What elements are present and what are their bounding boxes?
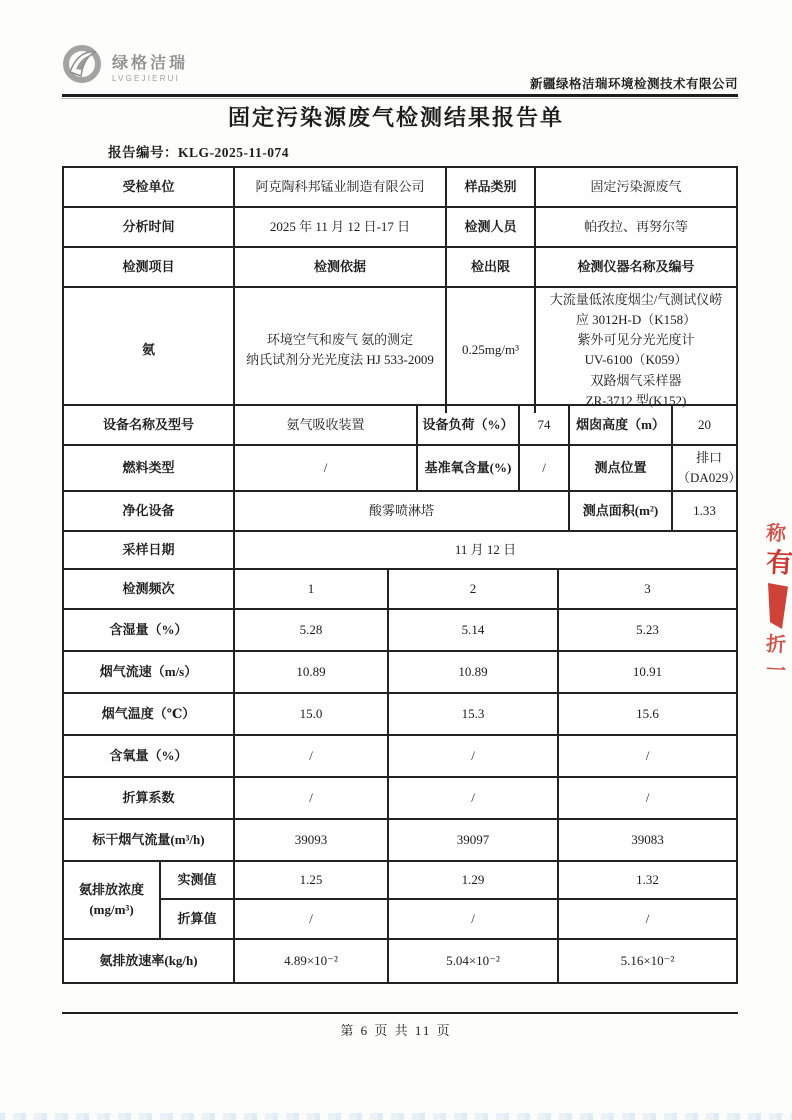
converted-value-label: 折算值 (161, 900, 235, 938)
measured-value-1: 1.25 (235, 862, 389, 900)
measured-value-3: 1.32 (559, 862, 736, 900)
footer-divider (62, 1012, 738, 1014)
equipment-name-value: 氨气吸收装置 (235, 406, 418, 444)
report-number-label: 报告编号： (108, 145, 178, 160)
table-row-emission-concentration: 氨排放浓度 (mg/m³) 实测值 1.25 1.29 1.32 折算值 / /… (64, 862, 736, 940)
company-logo: 绿格洁瑞 LVGEJIERUI (60, 42, 188, 91)
table-row-dry-gas-flow: 标干烟气流量(m³/h) 39093 39097 39083 (64, 820, 736, 862)
reference-oxygen-value: / (520, 446, 570, 490)
table-row-sampling-date: 采样日期 11 月 12 日 (64, 532, 736, 570)
table-row-frequency: 检测频次 1 2 3 (64, 570, 736, 610)
inspectors-value: 帕孜拉、再努尔等 (536, 208, 736, 246)
emission-rate-2: 5.04×10⁻² (389, 940, 559, 982)
seal-character: 一 (765, 660, 786, 681)
method-cell: 环境空气和废气 氨的测定 纳氏试剂分光光度法 HJ 533-2009 (235, 288, 447, 413)
sampling-date-label: 采样日期 (64, 532, 235, 568)
instrument-line-3: 紫外可见分光光度计 (577, 330, 694, 350)
instrument-line-4: UV-6100（K059） (585, 350, 688, 370)
report-title: 固定污染源废气检测结果报告单 (0, 101, 792, 132)
emission-concentration-label-line-2: (mg/m³) (89, 900, 133, 920)
emission-concentration-label-line-1: 氨排放浓度 (79, 880, 144, 900)
table-row-temperature: 烟气温度（℃） 15.0 15.3 15.6 (64, 694, 736, 736)
method-line-1: 环境空气和废气 氨的测定 (267, 330, 413, 350)
row-value: 10.89 (235, 652, 389, 692)
converted-value-3: / (559, 900, 736, 938)
equipment-load-value: 74 (520, 406, 570, 444)
row-label: 标干烟气流量(m³/h) (64, 820, 235, 860)
instrument-line-2: 应 3012H-D（K158） (576, 310, 696, 330)
reference-oxygen-label: 基准氧含量(%) (418, 446, 520, 490)
table-row-ammonia-item: 氨 环境空气和废气 氨的测定 纳氏试剂分光光度法 HJ 533-2009 0.2… (64, 288, 736, 406)
seal-character: 折 (765, 634, 786, 655)
row-value: 15.0 (235, 694, 389, 734)
row-value: 39083 (559, 820, 736, 860)
inspectors-label: 检测人员 (447, 208, 536, 246)
fuel-type-value: / (235, 446, 418, 490)
table-row-analysis-time: 分析时间 2025 年 11 月 12 日-17 日 检测人员 帕孜拉、再努尔等 (64, 208, 736, 248)
fuel-type-label: 燃料类型 (64, 446, 235, 490)
scan-noise-strip (0, 1113, 792, 1120)
detection-limit-value: 0.25mg/m³ (447, 288, 536, 413)
row-value: 5.14 (389, 610, 559, 650)
stack-height-value: 20 (673, 406, 736, 444)
item-name: 氨 (64, 288, 235, 413)
row-value: / (389, 778, 559, 818)
analysis-time-value: 2025 年 11 月 12 日-17 日 (235, 208, 447, 246)
method-line-2: 纳氏试剂分光光度法 HJ 533-2009 (246, 350, 434, 370)
emission-rate-1: 4.89×10⁻² (235, 940, 389, 982)
logo-text: 绿格洁瑞 LVGEJIERUI (112, 50, 188, 83)
emission-concentration-label: 氨排放浓度 (mg/m³) (64, 862, 161, 938)
report-number: 报告编号：KLG-2025-11-074 (108, 141, 289, 161)
table-row-fuel: 燃料类型 / 基准氧含量(%) / 测点位置 排口 （DA029） (64, 446, 736, 492)
measured-value-2: 1.29 (389, 862, 559, 900)
table-row-inspected-unit: 受检单位 阿克陶科邦锰业制造有限公司 样品类别 固定污染源废气 (64, 168, 736, 208)
row-label: 含湿量（%） (64, 610, 235, 650)
inspected-unit-label: 受检单位 (64, 168, 235, 206)
row-label: 烟气温度（℃） (64, 694, 235, 734)
purification-equipment-label: 净化设备 (64, 492, 235, 530)
row-label: 含氧量（%） (64, 736, 235, 776)
table-row-velocity: 烟气流速（m/s） 10.89 10.89 10.91 (64, 652, 736, 694)
sample-type-label: 样品类别 (447, 168, 536, 206)
measuring-point-line-1: 排口 (696, 448, 722, 468)
page-number: 第 6 页 共 11 页 (0, 1020, 792, 1039)
emission-rate-label: 氨排放速率(kg/h) (64, 940, 235, 982)
logo-text-cn: 绿格洁瑞 (112, 50, 188, 73)
measuring-point-line-2: （DA029） (677, 468, 741, 488)
frequency-3: 3 (559, 570, 736, 608)
equipment-load-label: 设备负荷（%） (418, 406, 520, 444)
row-value: 5.28 (235, 610, 389, 650)
row-label: 折算系数 (64, 778, 235, 818)
row-value: 39097 (389, 820, 559, 860)
frequency-2: 2 (389, 570, 559, 608)
analysis-time-label: 分析时间 (64, 208, 235, 246)
purification-equipment-value: 酸雾喷淋塔 (235, 492, 570, 530)
row-value: / (235, 778, 389, 818)
table-row-moisture: 含湿量（%） 5.28 5.14 5.23 (64, 610, 736, 652)
seal-character: 有 (765, 549, 792, 577)
instrument-line-1: 大流量低浓度烟尘/气测试仪崂 (550, 290, 723, 310)
report-number-value: KLG-2025-11-074 (178, 145, 289, 160)
column-header-method: 检测依据 (235, 248, 447, 286)
row-label: 烟气流速（m/s） (64, 652, 235, 692)
row-value: 15.3 (389, 694, 559, 734)
table-row-equipment: 设备名称及型号 氨气吸收装置 设备负荷（%） 74 烟囱高度（m） 20 (64, 406, 736, 446)
logo-text-en: LVGEJIERUI (112, 74, 188, 83)
row-value: / (235, 736, 389, 776)
instrument-line-5: 双路烟气采样器 (590, 371, 681, 391)
logo-swirl-icon (60, 42, 104, 91)
row-value: 10.89 (389, 652, 559, 692)
results-table: 受检单位 阿克陶科邦锰业制造有限公司 样品类别 固定污染源废气 分析时间 202… (62, 166, 738, 984)
company-name: 新疆绿格洁瑞环境检测技术有限公司 (530, 74, 738, 92)
emission-rate-3: 5.16×10⁻² (559, 940, 736, 982)
table-row-oxygen: 含氧量（%） / / / (64, 736, 736, 778)
frequency-1: 1 (235, 570, 389, 608)
table-row-coefficient: 折算系数 / / / (64, 778, 736, 820)
column-header-item: 检测项目 (64, 248, 235, 286)
column-header-limit: 检出限 (447, 248, 536, 286)
row-value: 15.6 (559, 694, 736, 734)
measuring-point-label: 测点位置 (570, 446, 673, 490)
sample-type-value: 固定污染源废气 (536, 168, 736, 206)
table-row-emission-rate: 氨排放速率(kg/h) 4.89×10⁻² 5.04×10⁻² 5.16×10⁻… (64, 940, 736, 982)
measuring-point-value: 排口 （DA029） (673, 446, 745, 490)
table-row-column-headers: 检测项目 检测依据 检出限 检测仪器名称及编号 (64, 248, 736, 288)
table-row-purification: 净化设备 酸雾喷淋塔 测点面积(m²) 1.33 (64, 492, 736, 532)
equipment-name-label: 设备名称及型号 (64, 406, 235, 444)
point-area-value: 1.33 (673, 492, 736, 530)
sampling-date-value: 11 月 12 日 (235, 532, 736, 568)
header-divider (62, 94, 738, 97)
row-value: / (559, 736, 736, 776)
row-value: / (389, 736, 559, 776)
point-area-label: 测点面积(m²) (570, 492, 673, 530)
converted-value-1: / (235, 900, 389, 938)
instrument-cell: 大流量低浓度烟尘/气测试仪崂 应 3012H-D（K158） 紫外可见分光光度计… (536, 288, 736, 413)
seal-ink-blob (768, 583, 788, 629)
row-value: 10.91 (559, 652, 736, 692)
row-value: 39093 (235, 820, 389, 860)
stack-height-label: 烟囱高度（m） (570, 406, 673, 444)
row-value: 5.23 (559, 610, 736, 650)
converted-value-2: / (389, 900, 559, 938)
measured-value-label: 实测值 (161, 862, 235, 900)
red-seal-fragment: 称 有 折 一 (766, 524, 792, 681)
frequency-label: 检测频次 (64, 570, 235, 608)
inspected-unit-value: 阿克陶科邦锰业制造有限公司 (235, 168, 447, 206)
column-header-instrument: 检测仪器名称及编号 (536, 248, 736, 286)
seal-character: 称 (765, 523, 786, 544)
row-value: / (559, 778, 736, 818)
